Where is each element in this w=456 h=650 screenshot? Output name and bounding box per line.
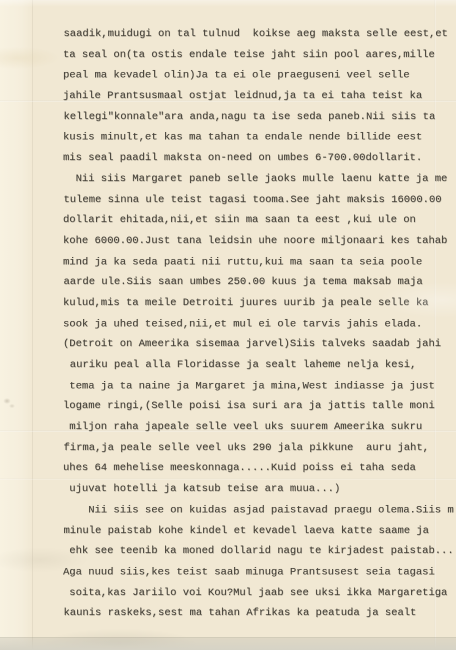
text-line: uhes 64 mehelise meeskonnaga.....Kuid po…	[63, 458, 456, 479]
text-line: peal ma kevadel olin)Ja ta ei ole praegu…	[63, 66, 456, 87]
text-line: miljon raha japeale selle veel uks suure…	[63, 417, 456, 438]
scanned-letter-page: saadik,muidugi on tal tulnud koikse aeg …	[0, 0, 456, 650]
text-line: Nii siis Margaret paneb selle jaoks mull…	[63, 169, 456, 190]
paper-left-edge	[0, 0, 33, 650]
text-line: sook ja uhed teised,nii,et mul ei ole ta…	[63, 314, 456, 335]
text-line: saadik,muidugi on tal tulnud koikse aeg …	[64, 24, 456, 45]
text-line: kaunis raskeks,sest ma tahan Afrikas ka …	[64, 603, 456, 624]
text-line: soita,kas Jariilo voi Kou?Mul jaab see u…	[63, 583, 456, 604]
text-line: auriku peal alla Floridasse ja sealt lah…	[64, 355, 456, 376]
text-line: kohe 6000.00.Just tana leidsin uhe noore…	[63, 231, 456, 252]
scan-bottom-strip	[0, 637, 456, 650]
text-line: minule paistab kohe kindel et kevadel la…	[64, 521, 456, 542]
text-line: Aga nuud siis,kes teist saab minuga Pran…	[63, 562, 456, 583]
text-line: Nii siis see on kuidas asjad paistavad p…	[63, 500, 456, 521]
text-line: mis seal paadil maksta on-need on umbes …	[63, 148, 456, 169]
paper-top-edge	[0, 0, 456, 7]
text-line: dollarit ehitada,nii,et siin ma saan ta …	[63, 210, 456, 231]
text-line: (Detroit on Ameerika sisemaa jarvel)Siis…	[63, 334, 456, 355]
text-line: logame ringi,(Selle poisi isa suri ara j…	[63, 396, 456, 417]
text-line: kusis minult,et kas ma tahan ta endale n…	[63, 128, 456, 149]
text-line: tema ja ta naine ja Margaret ja mina,Wes…	[63, 376, 456, 397]
text-line: ta seal on(ta ostis endale teise jaht si…	[63, 45, 456, 66]
text-line: ujuvat hotelli ja katsub teise ara muua.…	[63, 479, 456, 500]
text-line: tuleme sinna ule teist tagasi tooma.See …	[64, 190, 456, 211]
text-line: kellegi"konnale"ara anda,nagu ta ise sed…	[64, 107, 456, 128]
text-line: mind ja ka seda paati nii ruttu,kui ma s…	[63, 252, 456, 273]
text-line: jahile Prantsusmaal ostjat leidnud,ja ta…	[63, 86, 456, 107]
text-line: ehk see teenib ka moned dollarid nagu te…	[63, 541, 456, 562]
text-line: firma,ja peale selle veel uks 290 jala p…	[64, 438, 456, 459]
letter-text: saadik,muidugi on tal tulnud koikse aeg …	[63, 24, 456, 624]
text-line: aarde ule.Siis saan umbes 250.00 kuus ja…	[64, 272, 456, 293]
text-line: kulud,mis ta meile Detroiti juures uurib…	[63, 293, 456, 314]
